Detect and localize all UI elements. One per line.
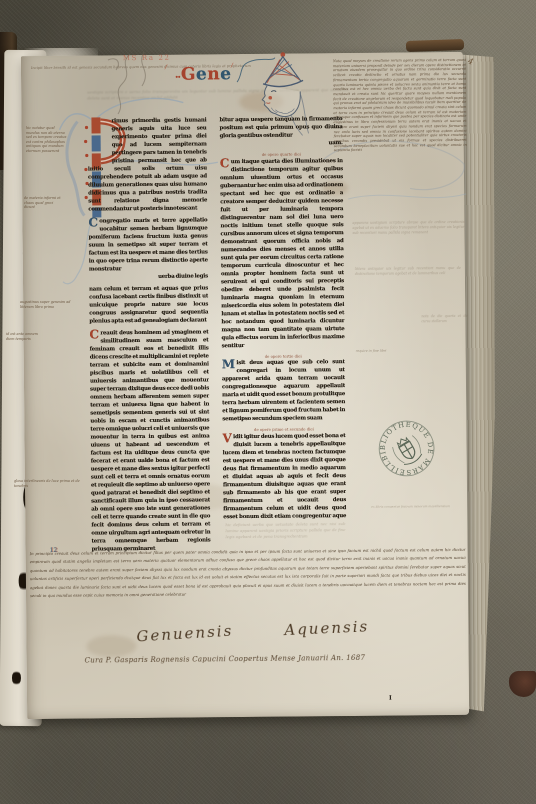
pen-trial-scribble — [100, 50, 190, 122]
paragraph: de opere prime et secunde diei Vidit igi… — [222, 426, 346, 520]
paragraph: Creauit deus hominem ad ymaginem et simi… — [89, 328, 210, 553]
paragraph-text: nam celum et terram et aquas que prius c… — [89, 285, 208, 324]
photo-backdrop: MS Ra 22 Incipit liber bresith id est ge… — [0, 0, 536, 804]
paragraph-text: ongregatio maris et terre appellatio uoc… — [89, 217, 208, 272]
marginal-gloss-right: Nota quod moyses de creatione rerum agen… — [333, 58, 467, 189]
paragraph-text: um itaque quarta dies illuminationes in … — [220, 158, 345, 349]
paragraph: de opere quarte diei Cum itaque quarta d… — [220, 151, 345, 350]
drop-cap: M — [222, 359, 235, 369]
marginal-gloss-left: de materia informi et chaos quod greci d… — [24, 196, 62, 210]
paragraph-text: reauit deus hominem ad ymaginem et simil… — [90, 329, 211, 552]
title-letter: e — [196, 65, 208, 83]
quire-signature-mark: I — [389, 695, 392, 702]
drop-cap: C — [88, 217, 97, 227]
signature-aquensis: Aquensis — [284, 617, 370, 639]
text-column-left: rimus primordia gestis humani generis aq… — [87, 116, 210, 553]
rubric-line: de opere prime et secunde diei — [222, 426, 345, 433]
marginal-gloss-faint: apparens uestigium scripture abrase que … — [352, 220, 464, 251]
ownership-inscription-faint: ex libris conuentus fratrum minorum mass… — [371, 504, 475, 511]
drop-cap: C — [220, 158, 229, 168]
title-letter: n — [207, 65, 220, 83]
manuscript-page: MS Ra 22 Incipit liber bresith id est ge… — [21, 52, 469, 719]
tail-line: uerba diuine legis — [89, 272, 208, 281]
cura-inscription: Cura P. Gasparis Rognensis Capucini Coop… — [85, 653, 415, 664]
drop-cap: C — [89, 329, 98, 339]
paragraph-text: bitur aqua uespere tanquam in firmamento… — [219, 116, 342, 139]
tail-line: uam. — [220, 139, 343, 148]
text-column-right: bitur aqua uespere tanquam in firmamento… — [219, 115, 346, 520]
paragraph: rimus primordia gestis humani generis aq… — [87, 116, 207, 213]
bottom-gloss-block: In principio creauit deus celum et terra… — [30, 546, 467, 630]
drop-cap: V — [222, 433, 231, 443]
paragraph-text: isit deus aquas que sub celo sunt congre… — [222, 359, 345, 422]
stain — [86, 635, 136, 657]
tear-hole — [12, 670, 21, 686]
initial-spacer — [87, 117, 111, 164]
paragraph: bitur aqua uespere tanquam in firmamento… — [219, 115, 342, 148]
paragraph: Congregatio maris et terre appellatio uo… — [88, 216, 208, 281]
marginal-gloss-faint: littera antiquior uix legitur sub recent… — [355, 266, 461, 289]
paragraph: nam celum et terram et aquas que prius c… — [89, 284, 208, 325]
marginal-note-small: require in fine libri — [356, 348, 426, 355]
marginal-gloss-left: augustinus super genesim ad litteram lib… — [20, 300, 80, 309]
paragraph: de opere tertie diei Misit deus aquas qu… — [222, 353, 346, 424]
marginal-gloss-left: hic notatur quod mundus non ab eterno se… — [26, 126, 68, 153]
marginal-gloss-faint: nota de die quarta et de cursu stellarum — [421, 314, 467, 340]
paragraph-text: idit igitur deus lucem quod esset bona e… — [223, 433, 347, 521]
table-corner-object — [509, 671, 536, 697]
library-stamp: BIBLIOTHEQUE DE MARSEILLE — [361, 403, 453, 494]
binding-edge-top — [406, 39, 464, 52]
marginal-gloss-left: glosa interlinearis de luce prima et de … — [14, 479, 80, 488]
marginal-gloss-left: id est ante omnem diem temporis — [6, 332, 46, 341]
title-letter: e — [220, 65, 232, 83]
